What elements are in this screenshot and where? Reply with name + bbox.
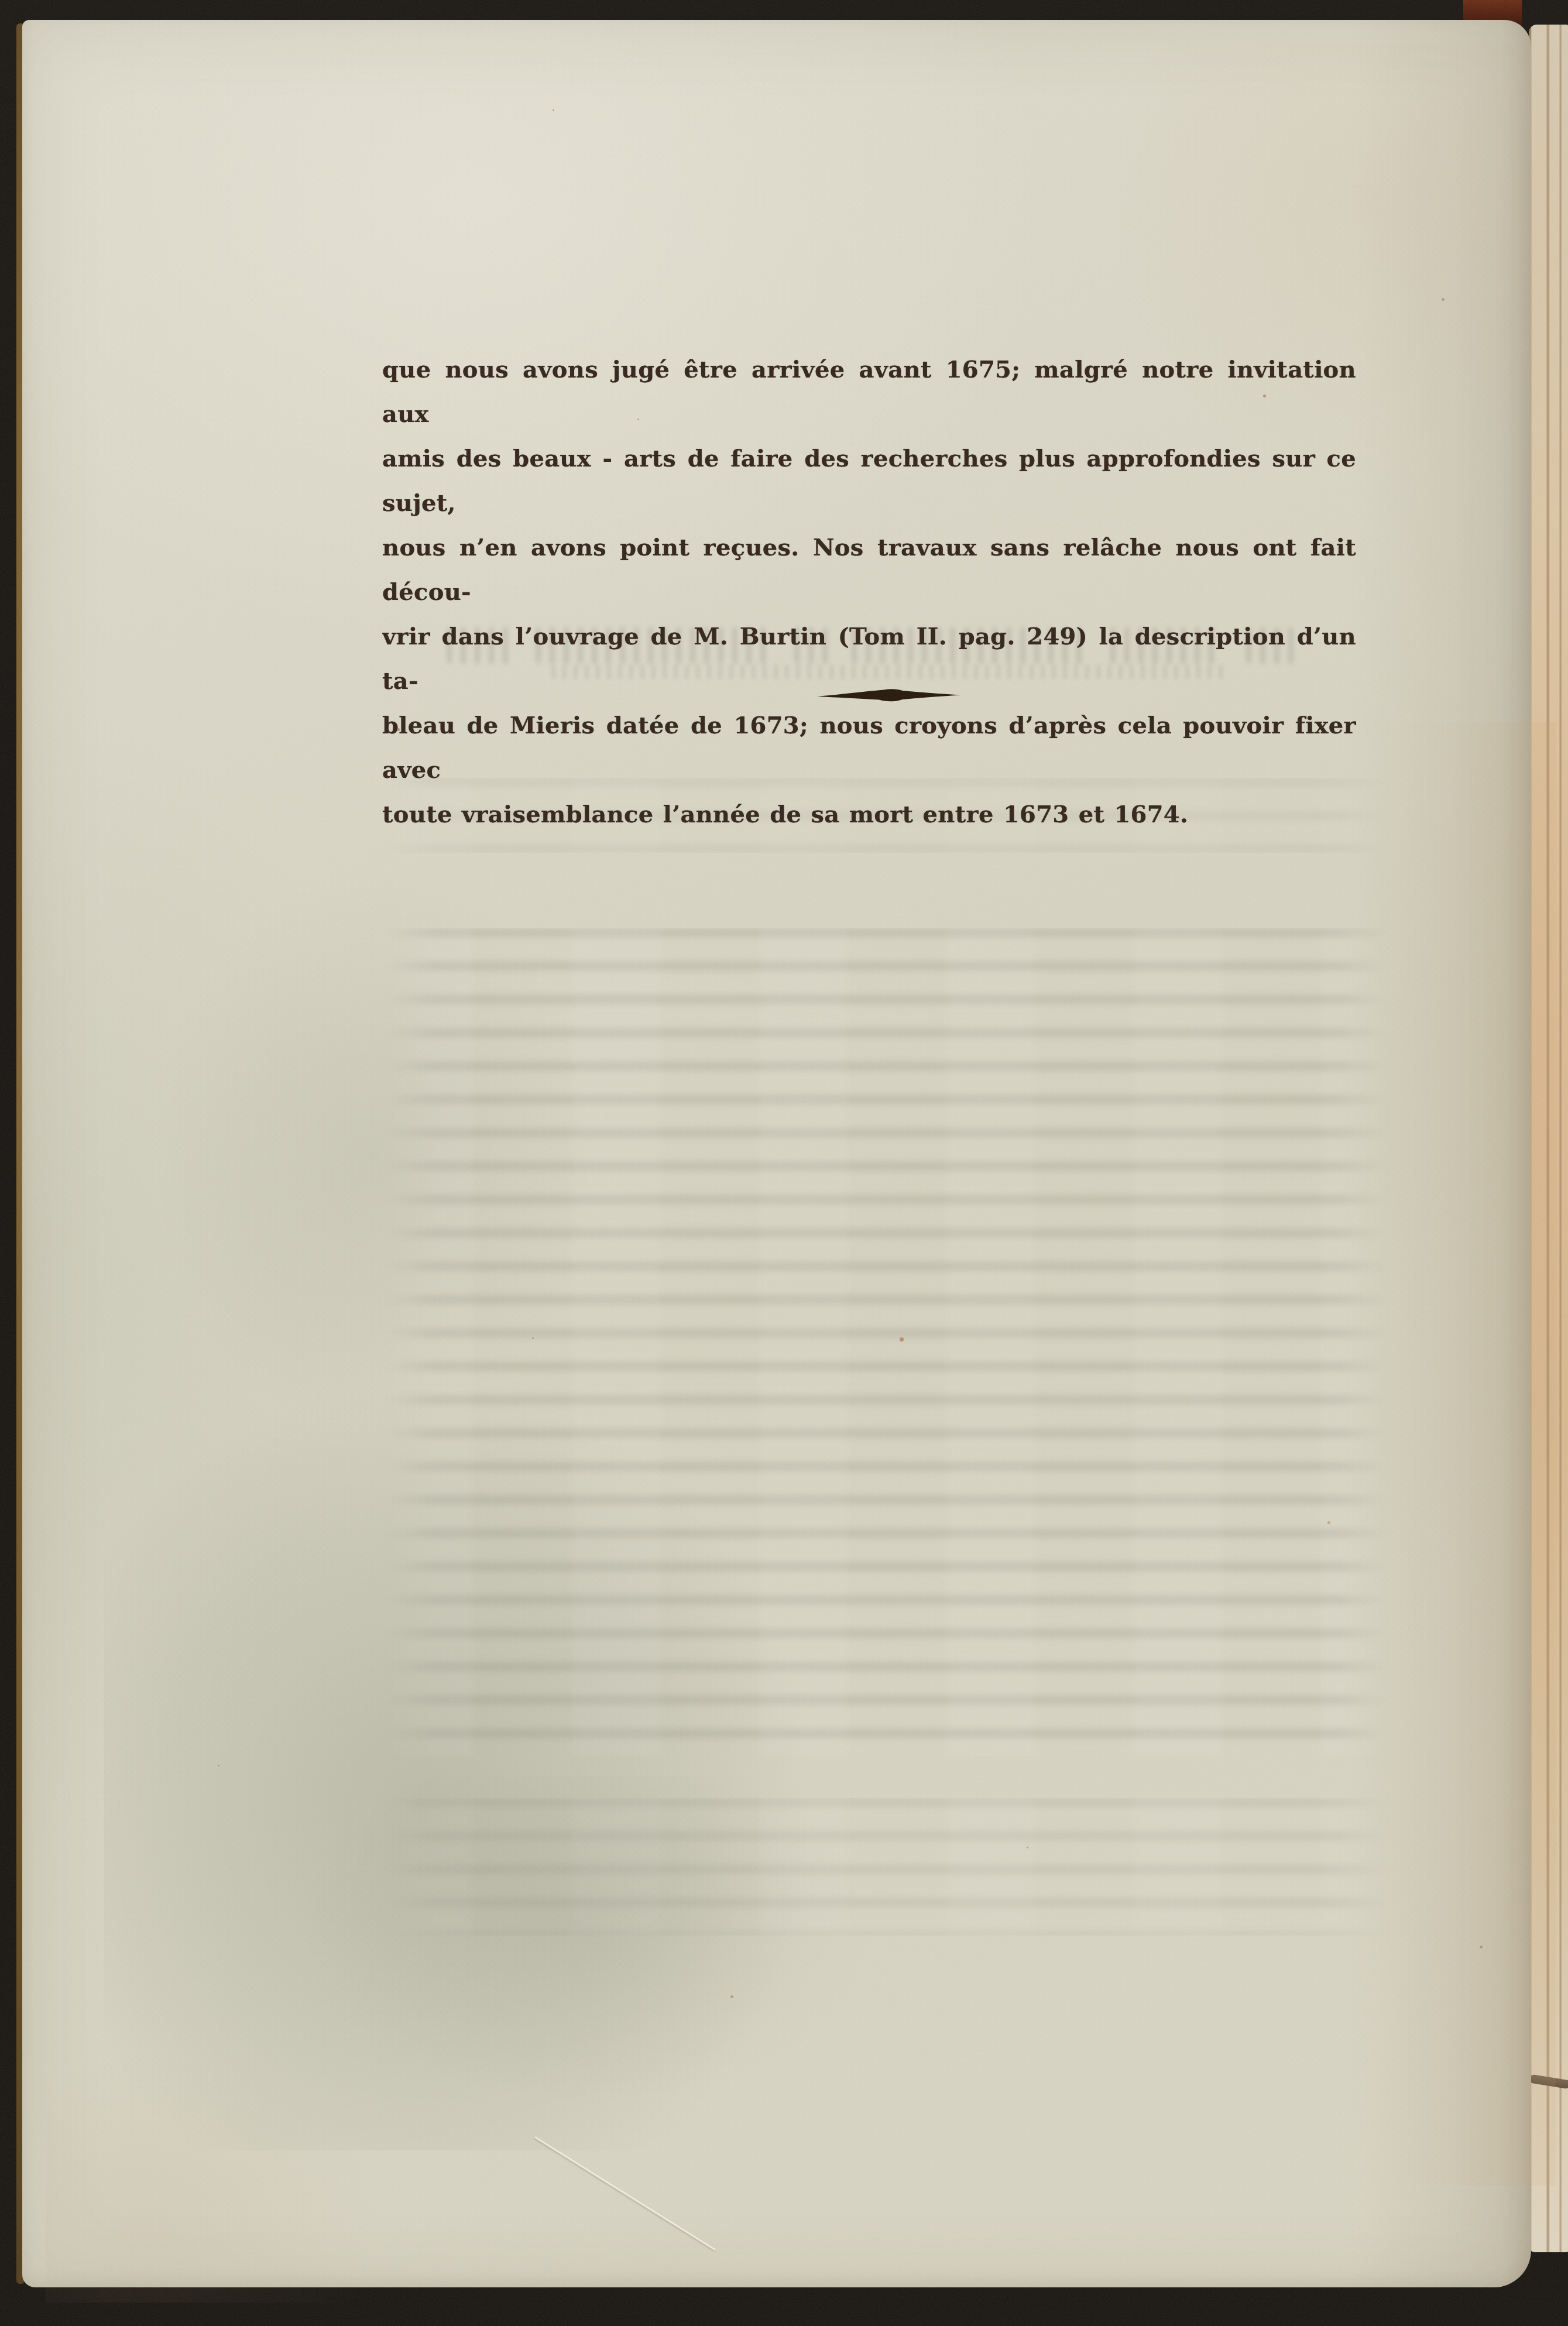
diamond-rule-ornament — [816, 687, 962, 704]
text-line: bleau de Mieris datée de 1673; nous croy… — [382, 704, 1356, 793]
fiber-specks — [22, 20, 25, 23]
text-line: nous n’en avons point reçues. Nos travau… — [382, 526, 1356, 615]
paper-crease — [534, 2136, 716, 2250]
adjacent-page-edges — [1529, 25, 1568, 2252]
paper-stain — [46, 2057, 373, 2303]
show-through-lines — [385, 1798, 1387, 1936]
page-paper: que nous avons jugé être arrivée avant 1… — [22, 20, 1531, 2287]
paper-stain — [104, 1390, 807, 2150]
paper-stain — [1386, 722, 1556, 2186]
show-through-lines — [385, 928, 1387, 1756]
paper-stain — [151, 869, 596, 1442]
text-line: que nous avons jugé être arrivée avant 1… — [382, 348, 1356, 437]
printed-paragraph: que nous avons jugé être arrivée avant 1… — [382, 348, 1356, 837]
book-page-scan: que nous avons jugé être arrivée avant 1… — [0, 0, 1568, 2326]
paper-stain — [297, 1776, 871, 2104]
text-line: toute vraisemblance l’année de sa mort e… — [382, 793, 1356, 837]
text-line: amis des beaux - arts de faire des reche… — [382, 437, 1356, 526]
